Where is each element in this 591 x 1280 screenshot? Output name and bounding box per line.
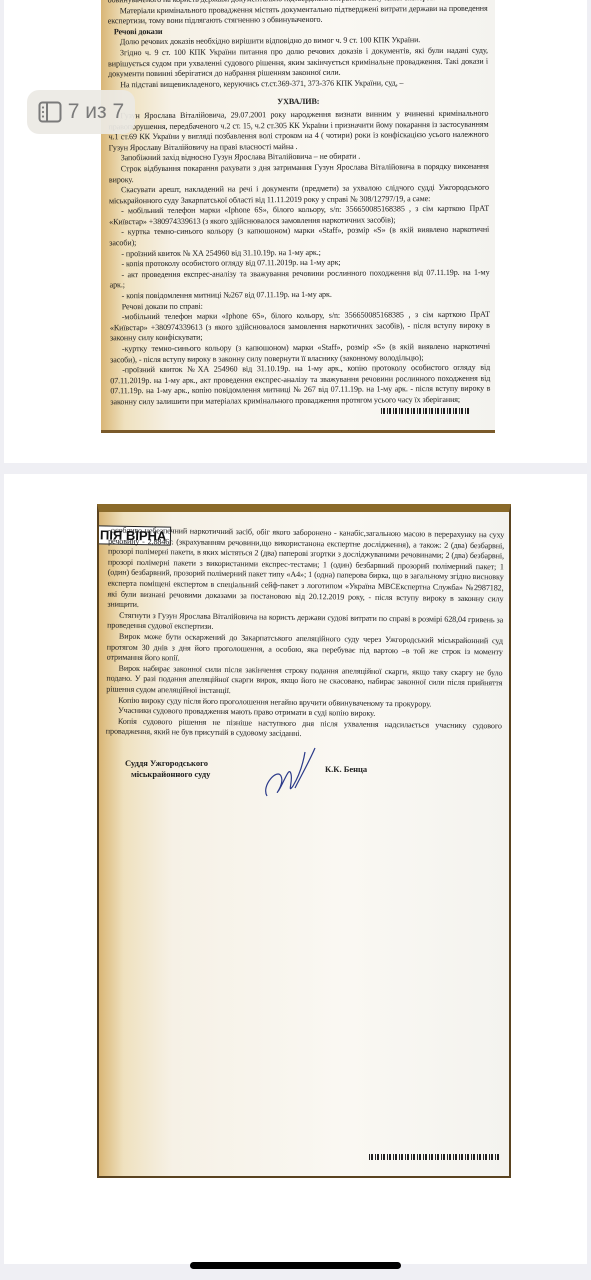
paragraph: Строк відбування покарання рахувати з дн… [109, 162, 489, 186]
paragraph: -особливо небезпечний наркотичний засіб,… [107, 526, 504, 616]
home-indicator[interactable] [190, 1262, 401, 1269]
paragraph: Вирок може бути оскаржений до Закарпатсь… [107, 632, 503, 669]
paragraph: Згідно ч. 9 ст. 100 КПК України питання … [108, 46, 488, 80]
paragraph: -куртку темно-синього кольору (з капюшон… [110, 342, 490, 366]
barcode [369, 1154, 499, 1160]
document-page-7[interactable]: ПІЯ ВІРНА -особливо небезпечний наркотич… [4, 474, 587, 1264]
page-counter-label: 7 из 7 [68, 100, 124, 124]
document-page-6[interactable]: обвинуваченого на користь держави докуме… [4, 0, 587, 463]
judge-title: Суддя Ужгородського міськрайонного суду [125, 758, 210, 780]
page-counter[interactable]: 7 из 7 [27, 90, 135, 134]
paragraph: - куртка темно-синього кольору (з капюшо… [109, 225, 489, 249]
signature-icon [259, 746, 319, 806]
paragraph: Матеріали кримінального провадження міст… [108, 3, 488, 27]
paragraph: Гузун Ярослава Віталійовича, 29.07.2001 … [108, 109, 488, 154]
paragraph: -проїзний квиток №ХА 254960 від 31.10.19… [110, 363, 490, 408]
paragraph: - акт проведення експрес-аналізу та зваж… [109, 268, 489, 292]
paragraph: - мобільний телефон марки «Iphone 6S», б… [109, 204, 489, 228]
paragraph: Вирок набирає законної сили після закінч… [106, 663, 502, 700]
paragraph: УХВАЛИВ: [108, 96, 488, 109]
page-text: -особливо небезпечний наркотичний засіб,… [98, 526, 511, 743]
paragraph: Скасувати арешт, накладений на речі і до… [109, 183, 489, 207]
scanned-page-image: ПІЯ ВІРНА -особливо небезпечний наркотич… [97, 504, 511, 1178]
paragraph: На підставі вищевикладеного, керуючись с… [108, 77, 488, 90]
page-text: обвинуваченого на користь держави докуме… [101, 0, 495, 408]
paragraph: -мобільний телефон марки «Iphone 6S», бі… [110, 310, 490, 344]
scanned-page-image: обвинуваченого на користь держави докуме… [101, 0, 495, 433]
sidebar-pages-icon [38, 101, 62, 123]
judge-name: К.К. Бенца [325, 764, 367, 775]
barcode [381, 408, 471, 414]
paragraph: Копія судового рішення не пізніше наступ… [106, 716, 502, 742]
